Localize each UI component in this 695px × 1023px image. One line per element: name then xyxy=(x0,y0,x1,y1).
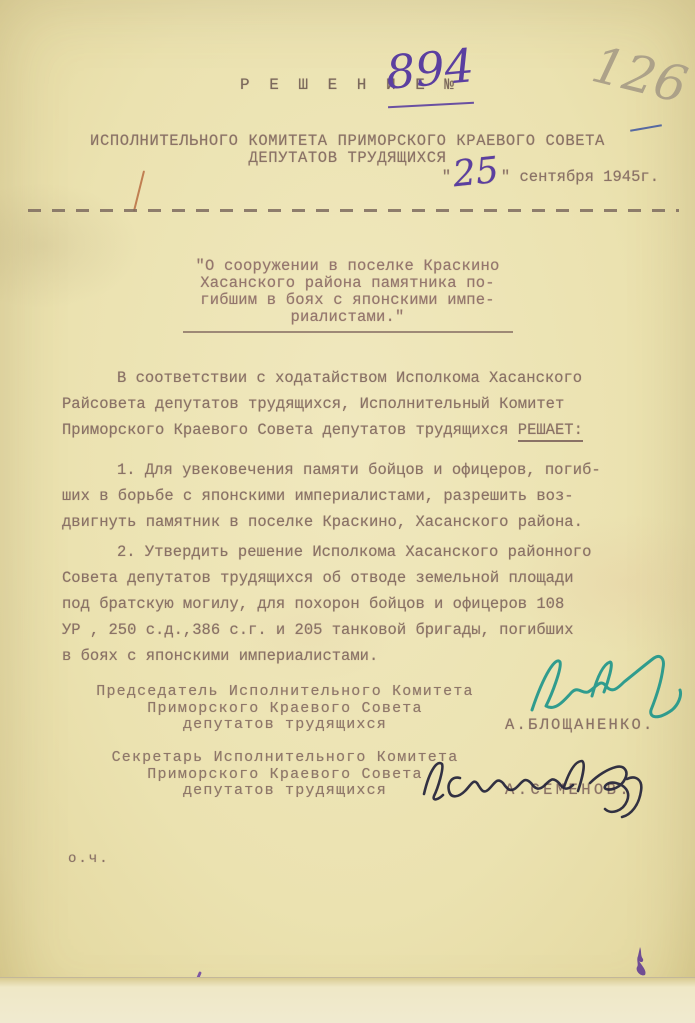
item1-line-3: двигнуть памятник в поселке Краскино, Ха… xyxy=(62,509,648,535)
subject-underline xyxy=(183,331,513,333)
secretary-title-line-1: Секретарь Исполнительного Комитета xyxy=(85,750,485,767)
item2-line-2: Совета депутатов трудящихся об отводе зе… xyxy=(62,565,648,591)
dashed-separator-line xyxy=(28,209,679,212)
blue-ink-dash xyxy=(630,124,662,132)
item2-line-1: 2. Утвердить решение Исполкома Хасанског… xyxy=(62,539,648,565)
stray-pen-slash xyxy=(133,170,145,211)
resolution-item-2: 2. Утвердить решение Исполкома Хасанског… xyxy=(62,539,648,669)
chairman-title-line-3: депутатов трудящихся xyxy=(85,717,485,734)
handwritten-decision-number: 894 xyxy=(384,42,475,95)
document-title: Р Е Ш Е Н И Е № xyxy=(0,76,695,94)
intro-line-1: В соответствии с ходатайством Исполкома … xyxy=(62,365,648,391)
chairman-title-line-1: Председатель Исполнительного Комитета xyxy=(85,684,485,701)
subject-line-3: гибшим в боях с японскими импе- xyxy=(0,292,695,309)
date-month-year: сентября 1945г. xyxy=(510,168,659,186)
intro-line-2: Райсовета депутатов трудящихся, Исполнит… xyxy=(62,391,648,417)
document-page: 126 Р Е Ш Е Н И Е № 894 ИСПОЛНИТЕЛЬНОГО … xyxy=(0,0,695,1023)
intro-paragraph: В соответствии с ходатайством Исполкома … xyxy=(62,365,648,443)
org-line-2: ДЕПУТАТОВ ТРУДЯЩИХСЯ xyxy=(0,150,695,167)
date-close-quote: " xyxy=(501,168,510,186)
date-open-quote: " xyxy=(442,168,451,186)
resolves-keyword: РЕШАЕТ: xyxy=(518,421,583,442)
intro-line-3: Приморского Краевого Совета депутатов тр… xyxy=(62,417,648,443)
subject-line-4: риалистами." xyxy=(0,309,695,326)
secretary-title-line-3: депутатов трудящихся xyxy=(85,783,485,800)
subject-line-1: "О сооружении в поселке Краскино xyxy=(0,258,695,275)
secretary-title: Секретарь Исполнительного Комитета Примо… xyxy=(85,750,485,800)
item1-line-2: ших в борьбе с японскими империалистами,… xyxy=(62,483,648,509)
item2-line-5: в боях с японскими империалистами. xyxy=(62,643,648,669)
intro-line-3-text: Приморского Краевого Совета депутатов тр… xyxy=(62,421,518,439)
archival-page-number: 126 xyxy=(587,39,692,111)
resolution-item-1: 1. Для увековечения памяти бойцов и офиц… xyxy=(62,457,648,535)
subject-heading: "О сооружении в поселке Краскино Хасанск… xyxy=(0,258,695,326)
decision-number-underline xyxy=(388,102,474,108)
issuing-organization: ИСПОЛНИТЕЛЬНОГО КОМИТЕТА ПРИМОРСКОГО КРА… xyxy=(0,133,695,166)
document-date: "25" сентября 1945г. xyxy=(442,168,659,186)
paper-bottom-edge xyxy=(0,977,695,1023)
org-line-1: ИСПОЛНИТЕЛЬНОГО КОМИТЕТА ПРИМОРСКОГО КРА… xyxy=(0,133,695,150)
item2-line-4: УР , 250 с.д.,386 с.г. и 205 танковой бр… xyxy=(62,617,648,643)
handwritten-day: 25 xyxy=(453,171,499,176)
item2-line-3: под братскую могилу, для похорон бойцов … xyxy=(62,591,648,617)
item1-line-1: 1. Для увековечения памяти бойцов и офиц… xyxy=(62,457,648,483)
chairman-title: Председатель Исполнительного Комитета Пр… xyxy=(85,684,485,734)
secretary-title-line-2: Приморского Краевого Совета xyxy=(85,767,485,784)
secretary-name: А.СЕМЕНОВ. xyxy=(505,781,632,799)
chairman-title-line-2: Приморского Краевого Совета xyxy=(85,701,485,718)
subject-line-2: Хасанского района памятника по- xyxy=(0,275,695,292)
clerk-note: о.ч. xyxy=(68,851,110,867)
chairman-name: А.БЛОЩАНЕНКО. xyxy=(505,716,655,734)
